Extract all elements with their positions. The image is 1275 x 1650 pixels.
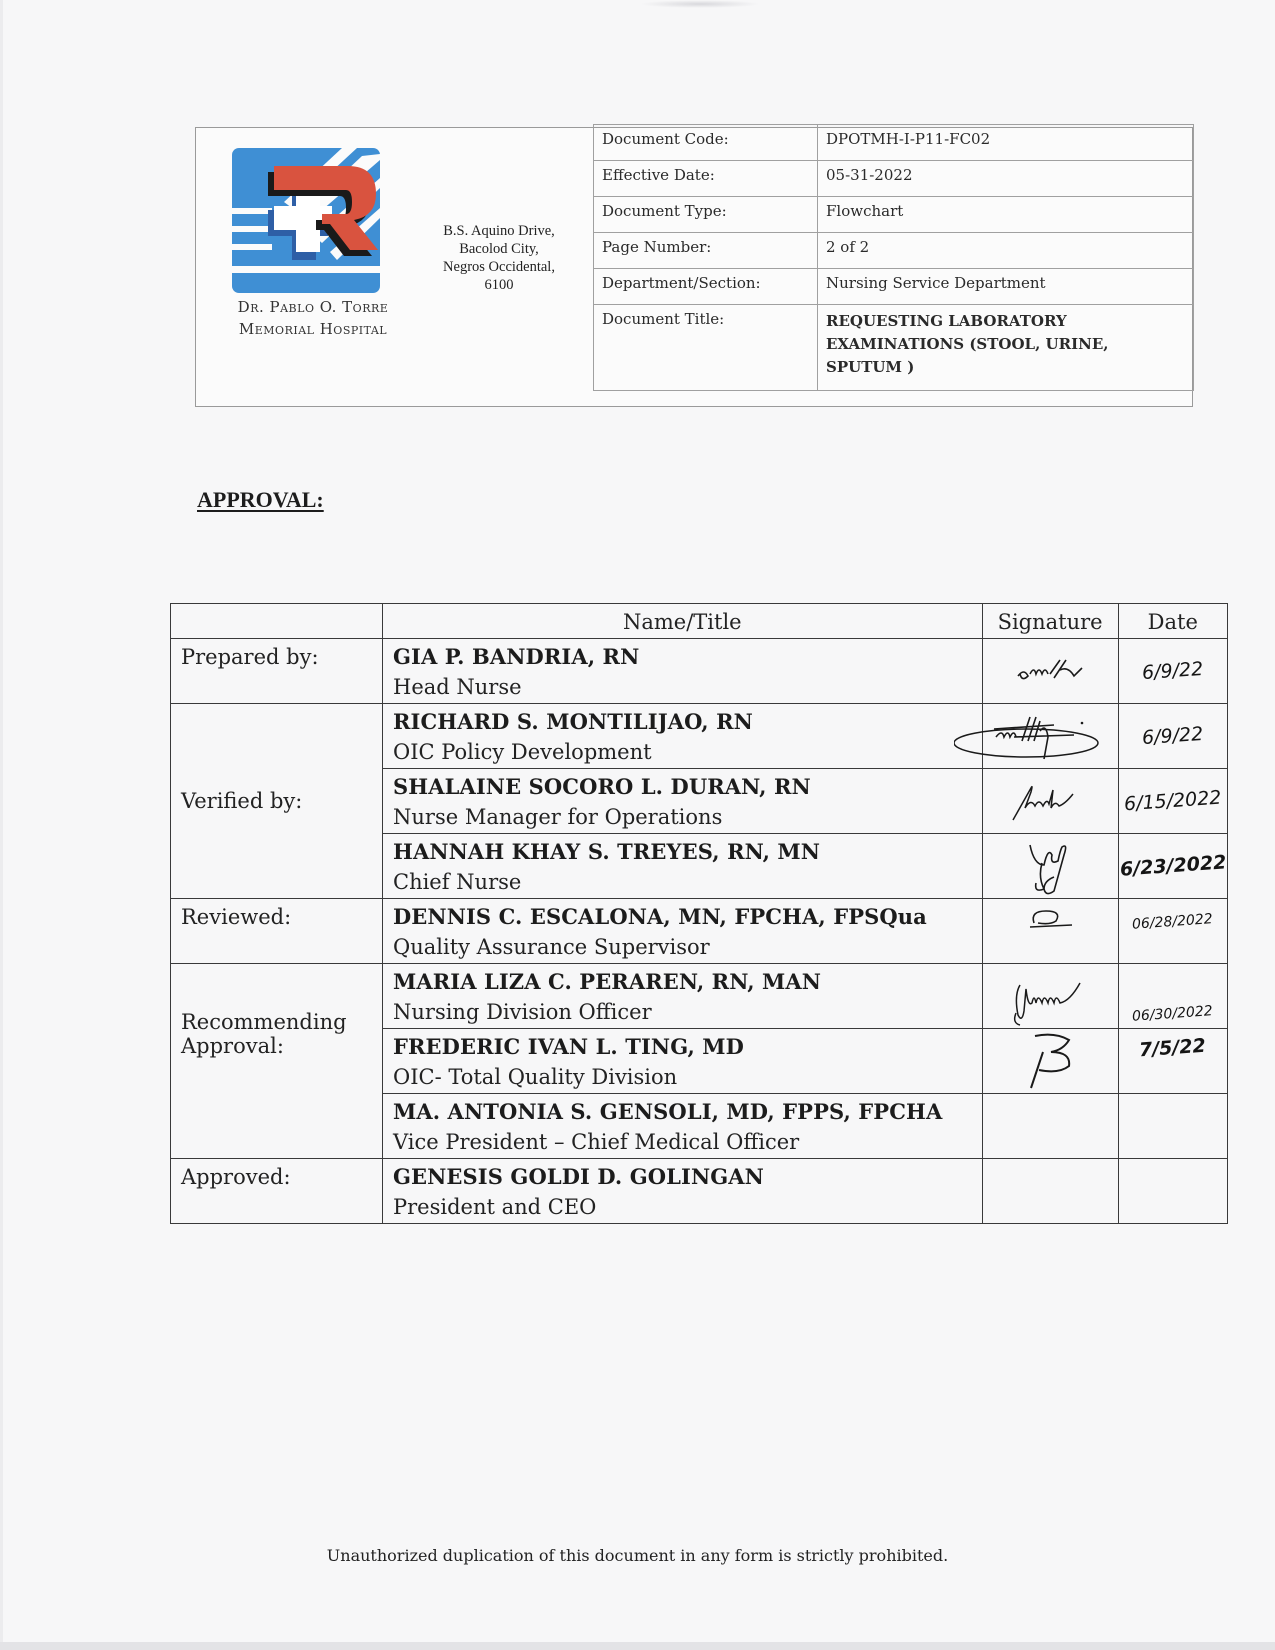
handwritten-signature-icon <box>1000 973 1100 1027</box>
signature-cell <box>982 769 1118 834</box>
info-label: Document Code: <box>594 125 818 161</box>
column-header-signature: Signature <box>982 604 1118 639</box>
handwritten-signature-icon <box>1020 837 1080 895</box>
table-header-row: Name/Title Signature Date <box>171 604 1228 639</box>
signature-date-empty <box>1118 1094 1227 1159</box>
signature-cell <box>982 834 1118 899</box>
document-type: Flowchart <box>818 197 1194 233</box>
handwritten-signature-icon <box>1020 907 1080 931</box>
address-line: B.S. Aquino Drive, <box>424 222 574 240</box>
signature-cell <box>982 704 1118 769</box>
role-label: Prepared by: <box>171 639 383 704</box>
info-label: Document Type: <box>594 197 818 233</box>
signatory-name: GIA P. BANDRIA, RN <box>393 641 972 672</box>
signature-date: 6/9/22 <box>1118 639 1227 704</box>
handwritten-date: 6/9/22 <box>1142 723 1205 749</box>
signatory-title: OIC- Total Quality Division <box>393 1062 972 1093</box>
signatory: SHALAINE SOCORO L. DURAN, RN Nurse Manag… <box>383 769 983 834</box>
effective-date: 05-31-2022 <box>818 161 1194 197</box>
signature-cell-empty <box>982 1159 1118 1224</box>
signatory: HANNAH KHAY S. TREYES, RN, MN Chief Nurs… <box>383 834 983 899</box>
signature-date: 6/15/2022 <box>1118 769 1227 834</box>
handwritten-signature-icon <box>1010 656 1090 686</box>
signatory-name: SHALAINE SOCORO L. DURAN, RN <box>393 771 972 802</box>
handwritten-date: 6/15/2022 <box>1123 787 1222 816</box>
signatory-name: MARIA LIZA C. PERAREN, RN, MAN <box>393 966 972 997</box>
signatory: FREDERIC IVAN L. TING, MD OIC- Total Qua… <box>383 1029 983 1094</box>
signatory-name: GENESIS GOLDI D. GOLINGAN <box>393 1161 972 1192</box>
signatory-name: HANNAH KHAY S. TREYES, RN, MN <box>393 836 972 867</box>
info-label: Effective Date: <box>594 161 818 197</box>
handwritten-signature-icon <box>1005 778 1095 824</box>
scan-edge <box>0 0 3 1650</box>
info-row: Document Type: Flowchart <box>594 197 1194 233</box>
signatory-name: RICHARD S. MONTILIJAO, RN <box>393 706 972 737</box>
info-row: Department/Section: Nursing Service Depa… <box>594 269 1194 305</box>
signatory: GENESIS GOLDI D. GOLINGAN President and … <box>383 1159 983 1224</box>
signature-date-empty <box>1118 1159 1227 1224</box>
signature-cell <box>982 964 1118 1029</box>
document-title: REQUESTING LABORATORY EXAMINATIONS (STOO… <box>818 305 1194 391</box>
table-row: Verified by: RICHARD S. MONTILIJAO, RN O… <box>171 704 1228 769</box>
handwritten-date: 06/28/2022 <box>1132 911 1214 933</box>
table-row: Recommending Approval: MARIA LIZA C. PER… <box>171 964 1228 1029</box>
handwritten-signature-icon <box>1015 1032 1085 1090</box>
signature-date: 6/23/2022 <box>1118 834 1227 899</box>
handwritten-date: 7/5/22 <box>1139 1035 1207 1062</box>
signatory-title: President and CEO <box>393 1192 972 1223</box>
document-info-table: Document Code: DPOTMH-I-P11-FC02 Effecti… <box>593 124 1194 391</box>
info-label: Document Title: <box>594 305 818 391</box>
signatory-title: Vice President – Chief Medical Officer <box>393 1127 972 1158</box>
info-label: Page Number: <box>594 233 818 269</box>
hospital-branding: Dr. Pablo O. Torre Memorial Hospital B.S… <box>196 128 593 406</box>
role-label: Verified by: <box>171 704 383 899</box>
signature-date: 7/5/22 <box>1118 1029 1227 1094</box>
scan-edge <box>0 1642 1275 1650</box>
signatory-title: Nursing Division Officer <box>393 997 972 1028</box>
hospital-address: B.S. Aquino Drive, Bacolod City, Negros … <box>424 222 574 294</box>
hospital-name: Dr. Pablo O. Torre Memorial Hospital <box>208 296 418 340</box>
hospital-name-line: Memorial Hospital <box>208 318 418 340</box>
table-row: Reviewed: DENNIS C. ESCALONA, MN, FPCHA,… <box>171 899 1228 964</box>
scan-shadow <box>640 0 760 8</box>
signature-date: 06/30/2022 <box>1118 964 1227 1029</box>
signatory-title: Quality Assurance Supervisor <box>393 932 972 963</box>
info-row: Document Code: DPOTMH-I-P11-FC02 <box>594 125 1194 161</box>
handwritten-date: 6/9/22 <box>1142 658 1205 684</box>
document-header: Dr. Pablo O. Torre Memorial Hospital B.S… <box>195 127 1193 407</box>
handwritten-signature-icon <box>954 711 1104 761</box>
signatory-title: Nurse Manager for Operations <box>393 802 972 833</box>
info-row: Effective Date: 05-31-2022 <box>594 161 1194 197</box>
info-label: Department/Section: <box>594 269 818 305</box>
role-label: Reviewed: <box>171 899 383 964</box>
signatory-title: Chief Nurse <box>393 867 972 898</box>
info-row: Page Number: 2 of 2 <box>594 233 1194 269</box>
signature-cell-empty <box>982 1094 1118 1159</box>
address-line: 6100 <box>424 276 574 294</box>
signature-date: 06/28/2022 <box>1118 899 1227 964</box>
signature-date: 6/9/22 <box>1118 704 1227 769</box>
role-label: Approved: <box>171 1159 383 1224</box>
column-header-date: Date <box>1118 604 1227 639</box>
address-line: Bacolod City, <box>424 240 574 258</box>
signatory-title: OIC Policy Development <box>393 737 972 768</box>
signatory: RICHARD S. MONTILIJAO, RN OIC Policy Dev… <box>383 704 983 769</box>
role-label: Recommending Approval: <box>171 964 383 1159</box>
signatory-name: DENNIS C. ESCALONA, MN, FPCHA, FPSQua <box>393 901 972 932</box>
column-header-role <box>171 604 383 639</box>
signatory-name: MA. ANTONIA S. GENSOLI, MD, FPPS, FPCHA <box>393 1096 972 1127</box>
page-number: 2 of 2 <box>818 233 1194 269</box>
handwritten-date: 06/30/2022 <box>1132 1003 1214 1025</box>
signature-cell <box>982 1029 1118 1094</box>
signatory: GIA P. BANDRIA, RN Head Nurse <box>383 639 983 704</box>
info-row: Document Title: REQUESTING LABORATORY EX… <box>594 305 1194 391</box>
signature-cell <box>982 899 1118 964</box>
table-row: Approved: GENESIS GOLDI D. GOLINGAN Pres… <box>171 1159 1228 1224</box>
hospital-logo-cross-r-icon <box>232 148 387 293</box>
column-header-name-title: Name/Title <box>383 604 983 639</box>
approval-table: Name/Title Signature Date Prepared by: G… <box>170 603 1228 1224</box>
address-line: Negros Occidental, <box>424 258 574 276</box>
signature-cell <box>982 639 1118 704</box>
handwritten-date: 6/23/2022 <box>1119 851 1227 880</box>
approval-heading: APPROVAL: <box>197 487 324 513</box>
hospital-name-line: Dr. Pablo O. Torre <box>208 296 418 318</box>
footer-notice: Unauthorized duplication of this documen… <box>0 1546 1275 1565</box>
signatory-name: FREDERIC IVAN L. TING, MD <box>393 1031 972 1062</box>
document-code: DPOTMH-I-P11-FC02 <box>818 125 1194 161</box>
signatory-title: Head Nurse <box>393 672 972 703</box>
table-row: Prepared by: GIA P. BANDRIA, RN Head Nur… <box>171 639 1228 704</box>
signatory: MA. ANTONIA S. GENSOLI, MD, FPPS, FPCHA … <box>383 1094 983 1159</box>
signatory: MARIA LIZA C. PERAREN, RN, MAN Nursing D… <box>383 964 983 1029</box>
department-section: Nursing Service Department <box>818 269 1194 305</box>
signatory: DENNIS C. ESCALONA, MN, FPCHA, FPSQua Qu… <box>383 899 983 964</box>
